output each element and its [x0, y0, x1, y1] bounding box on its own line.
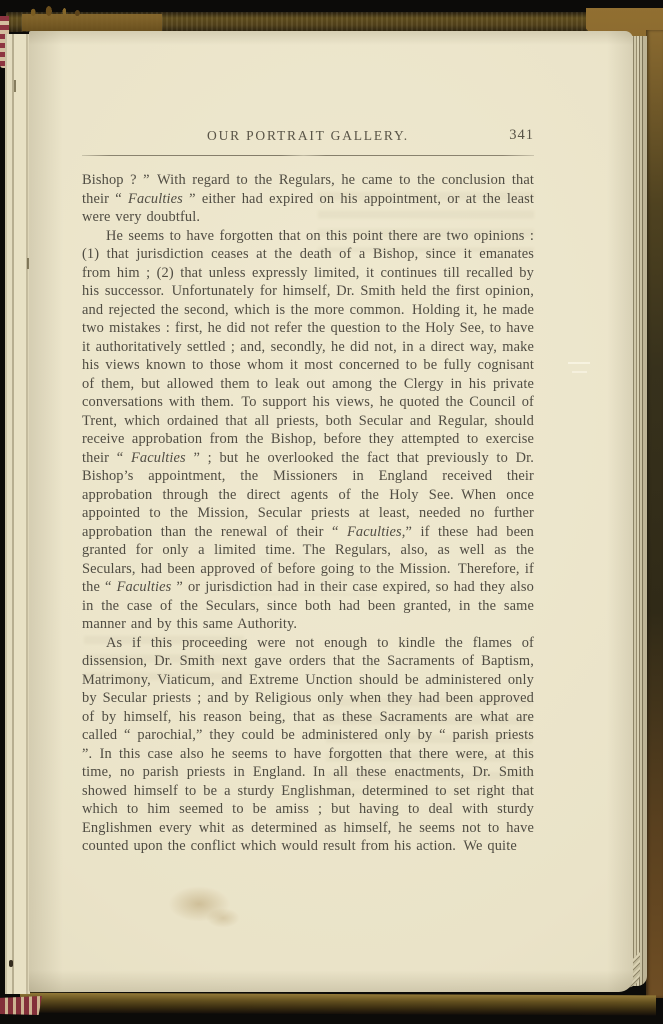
italic-text-segment: Faculties: [131, 450, 186, 466]
book-cover-right-edge: [646, 30, 663, 998]
italic-text-segment: Faculties: [128, 191, 183, 207]
paragraph: As if this proceeding were not enough to…: [82, 634, 534, 856]
italic-text-segment: Faculties: [117, 579, 172, 595]
text-block: OUR PORTRAIT GALLERY. 341 Bishop ? ” Wit…: [82, 120, 534, 856]
text-segment: He seems to have forgotten that on this …: [82, 228, 534, 466]
binding-stitch: [27, 258, 29, 269]
italic-text-segment: Faculties,: [347, 524, 406, 540]
ink-speck: [9, 960, 13, 967]
running-header: OUR PORTRAIT GALLERY. 341: [82, 120, 534, 154]
page-body: Bishop ? ” With regard to the Regulars, …: [82, 171, 534, 856]
page-number: 341: [509, 127, 534, 144]
header-rule: [82, 155, 534, 156]
paper-scratch: [572, 371, 587, 373]
foxing-stain: [206, 908, 240, 928]
running-header-title: OUR PORTRAIT GALLERY.: [82, 128, 534, 144]
binding-stitch: [14, 80, 16, 92]
book-cover-bottom-edge: [20, 993, 656, 1016]
paragraph: Bishop ? ” With regard to the Regulars, …: [82, 171, 534, 227]
headband-bottom-left: [0, 996, 42, 1015]
paragraph: He seems to have forgotten that on this …: [82, 227, 534, 634]
text-segment: As if this proceeding were not enough to…: [82, 635, 534, 855]
paper-scratch: [568, 362, 590, 364]
left-page-gutter-edges: [5, 34, 30, 994]
scanned-book-photo: OUR PORTRAIT GALLERY. 341 Bishop ? ” Wit…: [0, 0, 663, 1024]
book-cover-frayed-threads: [28, 4, 80, 18]
